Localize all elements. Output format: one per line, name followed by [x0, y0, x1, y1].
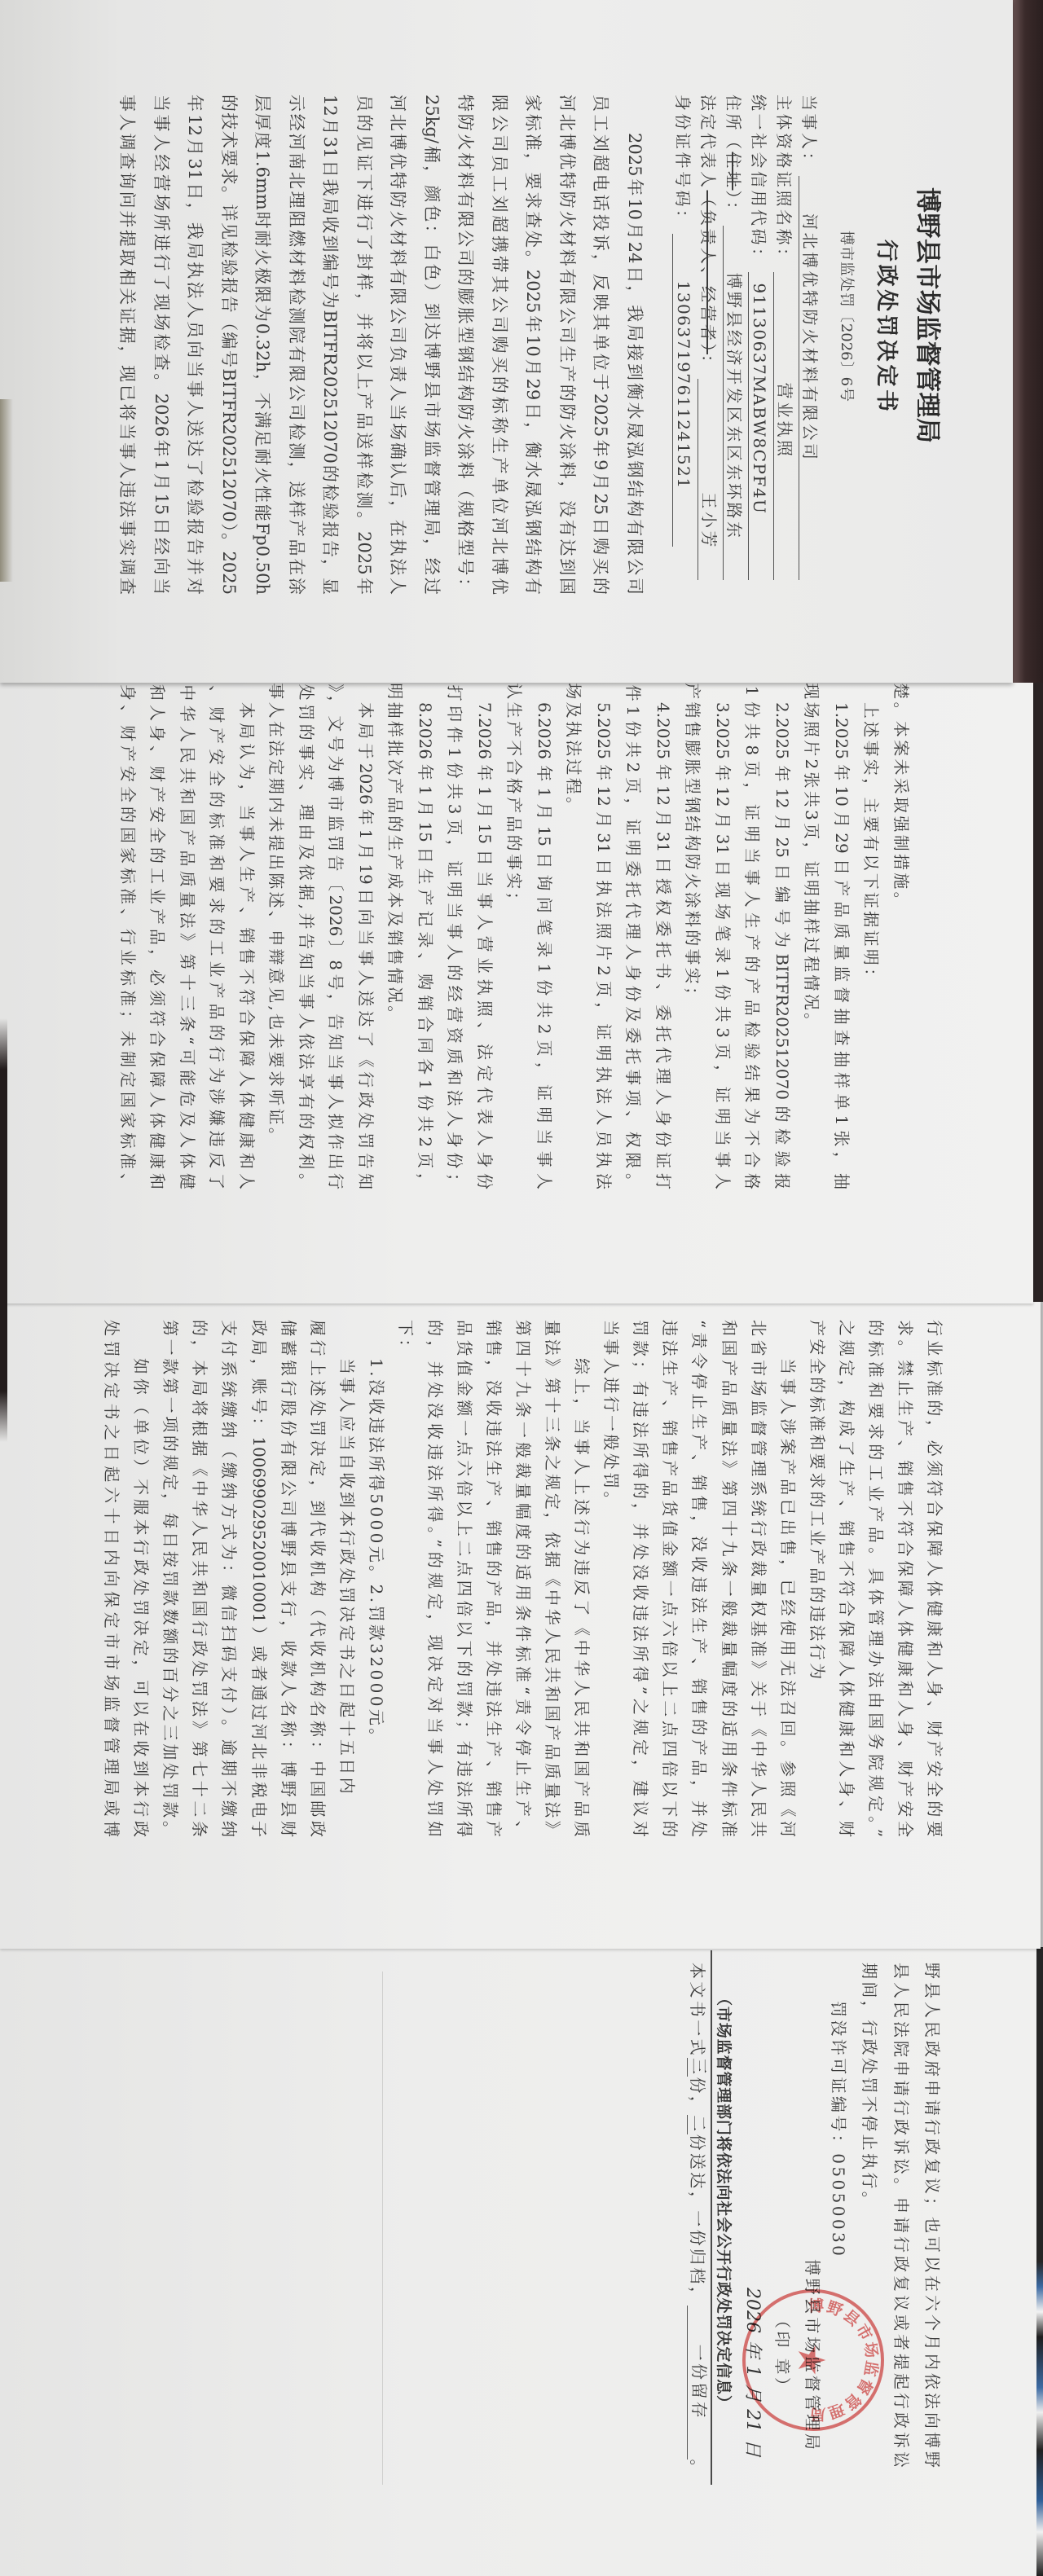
field-value: 130637197611241521: [672, 234, 694, 547]
payment-account-line: 政局，账号：100699029520010001）或者通过河北非税电子: [244, 1320, 274, 1837]
page-2-body: 清楚。本案未采取强制措施。 上述事实，主要有以下证据证明： 1.2025年10月…: [113, 664, 917, 1189]
party-info: 当事人： 河北博优特防火材料有限公司 主体资格证照名称： 营业执照 统一社会信用…: [671, 95, 822, 580]
body-line: 承认生产不合格产品的事实；: [499, 664, 530, 1189]
label-text: 住所（: [724, 95, 743, 152]
field-label: 身份证件号码：: [671, 95, 694, 229]
body-line: 处罚决定书之日起六十日内向保定市市场监督管理局或博: [97, 1320, 126, 1837]
body-line: 量法》第十三条之规定，依据《中华人民共和国产品质量法》: [538, 1320, 567, 1837]
body-line: 罚款；有违法所得的，并处没收违法所得”之规定，建议对: [626, 1320, 655, 1837]
evidence-item: 8.2026年1月15日生产记录、购销合同各1份共2页，: [411, 664, 441, 1189]
body-line: 事人调查询问并提取相关证据，现已将当事人违法事实调查: [110, 95, 144, 595]
field-credit-code: 统一社会信用代码： 91130637MABW8CPF4U: [746, 95, 772, 580]
disclosure-notice: （市场监督管理部门将依法向社会公开行政处罚决定信息）: [710, 1990, 737, 2411]
field-label: 法定代表人（负责人、经营者）：: [696, 95, 720, 374]
copies-text: 份送达，一份归档，: [684, 2134, 711, 2306]
page-1-body: 2025年10月24日，我局接到衡水晟泓钢结构有限公司 员工刘超电话投诉，反映其…: [110, 95, 651, 595]
body-line: 行业标准的，必须符合保障人体健康和人身、财产安全的要: [920, 1320, 949, 1837]
background-edge: [1013, 0, 1043, 686]
document-number: 博市监处罚〔2026〕6号: [834, 231, 857, 402]
field-value: 91130637MABW8CPF4U: [748, 272, 770, 581]
body-line: 政处罚的事实、理由及依据,并告知当事人依法享有的权利。: [292, 664, 322, 1189]
body-line: 野县人民政府申请行政复议；也可以在六个月内依法向博野: [917, 1963, 948, 2468]
body-line: 本局于2026年1月19日向当事人送达了《行政处罚告知: [351, 664, 381, 1189]
body-line: 储蓄银行股份有限公司博野县支行，收款人名称：博野县财: [274, 1320, 303, 1837]
copies-text: 份，: [684, 2077, 711, 2115]
body-line: 证明抽样批次产品的生产成本及销售情况。: [381, 664, 411, 1189]
body-line: 2025年10月24日，我局接到衡水晟泓钢结构有限公司: [618, 95, 652, 595]
background-edge: [0, 1018, 7, 1442]
document-title: 行政处罚决定书: [871, 240, 900, 411]
field-id-number: 身份证件号码： 130637197611241521: [671, 95, 696, 547]
body-line: 本局认为，当事人生产、销售不符合保障人体健康和人: [232, 664, 262, 1189]
label-text: 法定代表人: [698, 95, 718, 191]
penalty-decision: 1.没收违法所得5000元。2.罚款32000元。: [362, 1320, 391, 1837]
body-line: 的技术要求。详见检验报告（编号BITFR202512070）。2025: [212, 95, 246, 595]
body-line: 的标准和要求的工业产品。具体管理办法由国务院规定。”: [861, 1320, 891, 1837]
evidence-item: 3.2025年12月31日现场笔录1份共3页，证明当事人: [708, 664, 738, 1189]
field-legal-representative: 法定代表人（负责人、经营者）： 王小芳: [696, 95, 721, 580]
body-line: 如你（单位）不服本行政处罚决定，可以在收到本行政: [126, 1320, 156, 1837]
body-line: 当事人涉案产品已出售，已经使用无法召回。参照《河: [773, 1320, 803, 1837]
body-line: 生产销售膨胀型钢结构防火涂料的事实；: [678, 664, 708, 1189]
field-label: 当事人：: [797, 95, 821, 171]
body-line: 当事人应当自收到本行政处罚决定书之日起十五日内: [332, 1320, 362, 1837]
field-label: 统一社会信用代码：: [746, 95, 770, 267]
field-label: 主体资格证照名称：: [772, 95, 795, 267]
body-line: 现场及执法过程。: [559, 664, 589, 1189]
body-line: 河北博优特防火材料有限公司生产的防火涂料，没有达到国: [550, 95, 584, 595]
field-value: 营业执照: [773, 272, 795, 581]
body-line: 支付系统缴纳（缴纳方式为：微信扫码支付）。逾期不缴纳: [214, 1320, 244, 1837]
body-line: 和国产品质量法》第四十九条一般裁量幅度的适用条件标准: [715, 1320, 744, 1837]
body-line: 县人民法院申请行政诉讼。申请行政复议或者提起行政诉讼: [885, 1963, 916, 2468]
body-line: 身、财产安全的标准和要求的工业产品的行为涉嫌违反了: [202, 664, 232, 1189]
struck-label-text: 住址: [724, 152, 743, 191]
document-issuer-title: 博野县市场监督管理局: [911, 187, 944, 443]
official-seal: 博野县市场监督管理局 ★: [740, 2287, 887, 2433]
body-line: 员的见证下进行了封样，并将以上产品送样检测。2025年: [347, 95, 381, 595]
field-value: 博野县经济开发区东区东环路东: [723, 226, 745, 581]
evidence-item: 4.2025年12月31日授权委托书、委托代理人身份证打: [649, 664, 679, 1189]
body-line: 之规定，构成了生产、销售不符合保障人体健康和人身、财: [832, 1320, 861, 1837]
body-line: 河北博优特防火材料有限公司负责人当场确认后，在执法人: [381, 95, 415, 595]
body-line: 当事人在法定期内未提出陈述、申辩意见,也未要求听证。: [262, 664, 292, 1189]
body-line: 25kg/桶，颜色：白色）到达博野县市场监督管理局，经过: [415, 95, 449, 595]
field-value: 河北博优特防火材料有限公司: [799, 176, 821, 580]
body-line: 《中华人民共和国产品质量法》第十三条“可能危及人体健: [173, 664, 203, 1189]
evidence-item: 7.2026年1月15日当事人营业执照、法定代表人身份: [470, 664, 500, 1189]
body-line: 第四十九条一般裁量幅度的适用条件标准“责令停止生产、: [508, 1320, 538, 1837]
body-line: 康和人身、财产安全的工业产品，必须符合保障人体健康和: [143, 664, 173, 1189]
body-line: 员工刘超电话投诉，反映其单位于2025年9月25日购买的: [583, 95, 618, 595]
label-text: ：: [698, 354, 718, 374]
field-value: 王小芳: [698, 379, 720, 581]
copies-statement: 本文书一式 三 份， 二 份送达，一份归档， 一份留存 。: [684, 1963, 711, 2478]
body-line: 示经河南北理阻燃材料检测院有限公司检测，送样产品在涂: [279, 95, 314, 595]
body-line: 违法生产、销售产品货值金额一点六倍以上二点四倍以下的: [655, 1320, 684, 1837]
copies-retained-blank: 一份留存: [687, 2306, 711, 2459]
body-line: 上述事实，主要有以下证据证明：: [856, 664, 887, 1189]
body-line: 品货值金额一点六倍以上二点四倍以下的罚款；有违法所得: [450, 1320, 479, 1837]
body-line: 告1份共8页，证明当事人生产的产品检验结果为不合格: [737, 664, 768, 1189]
body-line: 履行上述处罚决定，到代收机构（代收机构名称：中国邮政: [303, 1320, 332, 1837]
body-line: 证打印件1份共3页，证明当事人的经营资质和法人身份；: [440, 664, 470, 1189]
body-line: 当事人进行一般处罚。: [596, 1320, 626, 1837]
body-line: 特防火材料有限公司的膨胀型钢结构防火涂料（规格型号：: [448, 95, 482, 595]
body-line: 人身、财产安全的国家标准、行业标准；未制定国家标准、: [113, 664, 143, 1189]
body-line: 下：: [391, 1320, 420, 1837]
seal-star-icon: ★: [790, 2343, 834, 2376]
evidence-item: 5.2025年12月31日执法照片2页，证明执法人员执法: [589, 664, 619, 1189]
copies-text: 本文书一式: [684, 1963, 711, 2058]
body-line: 的，并处没收违法所得。”的规定，现决定对当事人处罚如: [420, 1320, 450, 1837]
copies-text: 。: [684, 2460, 711, 2478]
body-line: 第一款第一项的规定，每日按罚款数额的百分之三加处罚款。: [156, 1320, 185, 1837]
body-line: 限公司员工刘超携带其公司购买的标称生产单位河北博优: [482, 95, 517, 595]
field-address: 住所（住址）： 博野县经济开发区东区东环路东: [721, 95, 746, 580]
divider: [711, 1950, 712, 2485]
body-line: 北省市场监督管理系统行政裁量权基准》关于《中华人民共: [744, 1320, 773, 1837]
paper-crease: [382, 1972, 383, 2485]
background-edge: [1036, 1947, 1043, 2576]
evidence-item: 2.2025年12月25日编号为BITFR202512070的检验报: [768, 664, 798, 1189]
evidence-item: 1.2025年10月29日产品质量监督抽查抽样单1张，抽: [827, 664, 857, 1189]
body-line: 书》，文号为博市监罚告〔2026〕8号，告知当事人拟作出行: [321, 664, 351, 1189]
body-line: “责令停止生产、销售，没收违法生产、销售的产品，并处: [684, 1320, 714, 1837]
body-line: 当事人经营场所进行了现场检查。2026年1月15日经向当: [144, 95, 178, 595]
copies-served-blank: 二: [687, 2115, 711, 2134]
body-line: 清楚。本案未采取强制措施。: [887, 664, 917, 1189]
body-line: 家标准，要求查处。2025年10月29日，衡水晟泓钢结构有: [516, 95, 550, 595]
body-line: 的，本局将根据《中华人民共和国行政处罚法》第七十二条: [185, 1320, 214, 1837]
label-text: ）：: [724, 191, 743, 221]
field-label: 住所（住址）：: [721, 95, 745, 221]
body-line: 销售，没收违法生产、销售的产品，并处违法生产、销售产: [479, 1320, 508, 1837]
copies-row: 本文书一式 三 份， 二 份送达，一份归档， 一份留存 。: [684, 1963, 711, 2478]
page-3-body: 行业标准的，必须符合保障人体健康和人身、财产安全的要 求。禁止生产、销售不符合保…: [97, 1320, 949, 1837]
field-license-type: 主体资格证照名称： 营业执照: [772, 95, 797, 580]
body-line: 层厚度1.6mm时耐火极限为0.32h，不满足耐火性能Fp0.50h: [245, 95, 279, 595]
copies-total-blank: 三: [687, 2058, 711, 2077]
body-line: 年12月31日，我局执法人员向当事人送达了检验报告并对: [178, 95, 212, 595]
seal-icon: 博野县市场监督管理局 ★: [740, 2287, 887, 2433]
body-line: 综上，当事人上述行为违反了《中华人民共和国产品质: [567, 1320, 596, 1837]
body-line: 样现场照片2张共3页，证明抽样过程情况。: [797, 664, 827, 1189]
body-line: 印件1份共2页，证明委托代理人身份及委托事项、权限。: [618, 664, 649, 1189]
shadow: [0, 399, 13, 582]
struck-label-text: （负责人、经营者）: [698, 191, 718, 355]
background-edge: [1033, 683, 1043, 1303]
body-line: 求。禁止生产、销售不符合保障人体健康和人身、财产安全: [891, 1320, 920, 1837]
evidence-item: 6.2026年1月15日询问笔录1份共2页，证明当事人: [530, 664, 560, 1189]
body-line: 12月31日我局收到编号为BITFR202512070的检验报告，显: [313, 95, 347, 595]
field-party: 当事人： 河北博优特防火材料有限公司: [797, 95, 822, 580]
body-line: 产安全的标准和要求的工业产品的违法行为: [803, 1320, 832, 1837]
